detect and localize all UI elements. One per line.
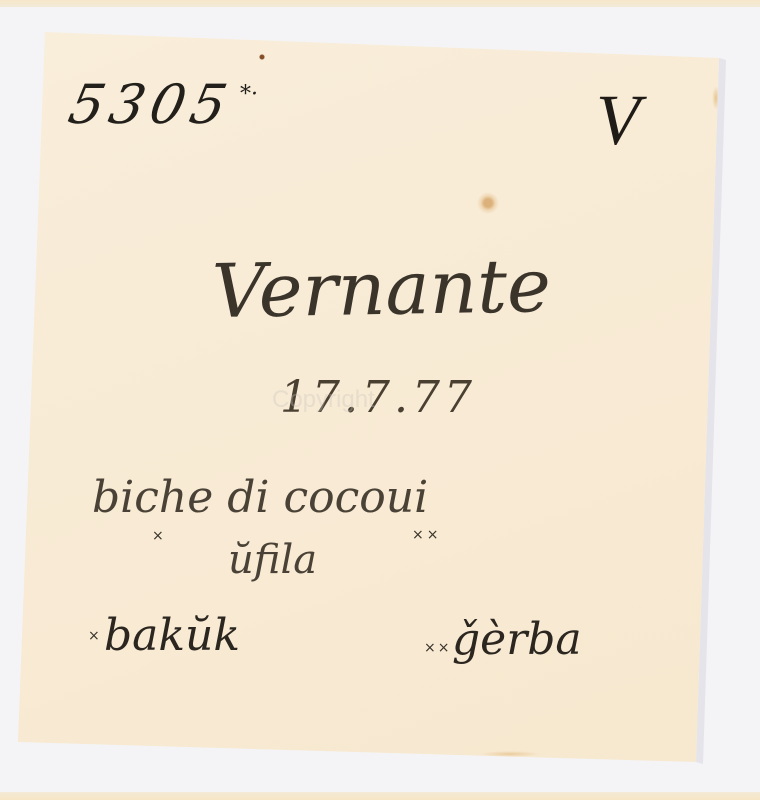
term-ufila: ŭfila [228,540,317,580]
marker-double: ×× [412,527,441,543]
catalog-marks: *· [240,84,258,106]
place-name: Vernante [211,249,551,329]
term-bakuk-marker: × [88,628,100,644]
mount-bottom-edge [0,792,760,800]
catalog-number: 5305 [64,78,237,132]
mount-top-edge [0,0,760,7]
copyright-watermark: Copyright [272,386,375,414]
term-gerba: ǧèrba [452,618,582,662]
marker-single: × [152,528,164,544]
section-letter: V [596,84,640,156]
term-gerba-marker: ×× [424,640,451,656]
term-bakuk: bakŭk [104,614,240,658]
local-phrase: biche di cocoui [92,476,428,520]
scan-stage: 5305 *· V Vernante 17.7.77 Copyright bic… [0,0,760,800]
